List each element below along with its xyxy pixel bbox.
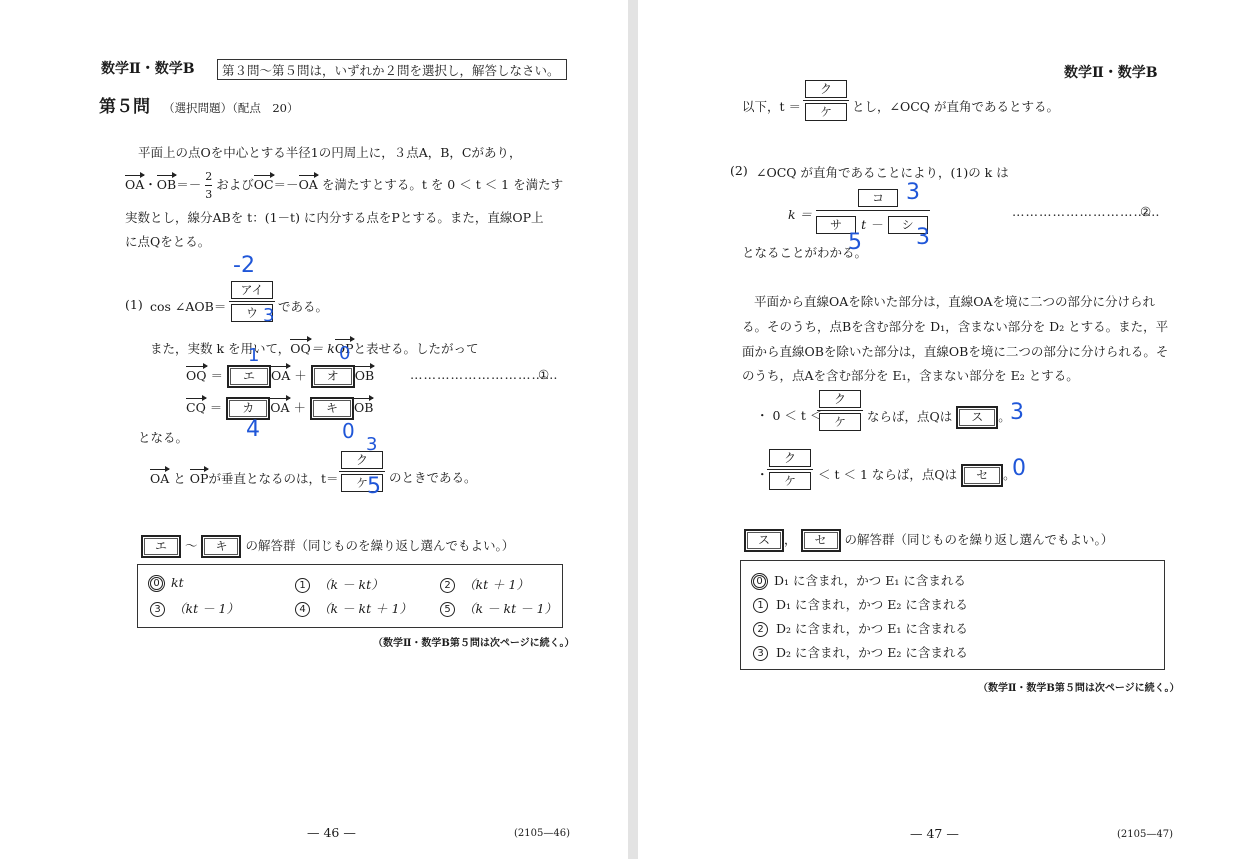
region-choice-0[interactable]: 0D₁ に含まれ，かつ E₁ に含まれる [753,571,966,589]
equation-1: OQ ＝ エOA ＋ オOB [186,365,374,388]
vector-ob-eq1: OB [355,365,374,383]
answer-box-ai[interactable]: アイ [231,281,273,299]
choice-2[interactable]: 2（kt ＋ 1） [440,575,529,593]
box-label-ka: カ [229,400,267,417]
and-text: および [216,177,254,192]
bullet1-box-ke: ケ [819,413,861,431]
naru-text: となる。 [138,428,188,446]
choice-number-3: 3 [150,602,165,617]
perp-and: と [173,471,186,486]
choice-number-5: 5 [440,602,455,617]
intro-line-4: に点Qをとる。 [125,232,210,250]
vector-oa-perp: OA [150,468,169,486]
selection-notice: 第３問～第５問は，いずれか２問を選択し，解答しなさい。 [217,59,567,80]
handwritten-u: 3 [263,305,274,326]
choice-expr-5: （k － kt － 1） [463,601,557,616]
plus-sign: ＋ [294,368,307,383]
answer-box-ki[interactable]: キ [310,397,354,420]
choice-expr-3: （kt － 1） [173,601,239,616]
handwritten-su: 3 [1010,400,1024,425]
part2-text: ∠OCQ が直角であることにより，(1)の k は [756,163,1009,181]
region-choice-1[interactable]: 1D₁ に含まれ，かつ E₂ に含まれる [753,595,968,613]
handwritten-shi: 3 [916,225,930,250]
k-equals: k ＝ [788,205,812,223]
page-code: (2105—46) [514,828,570,839]
bullet1-pre: ・ 0 ＜ t ＜ [756,406,822,424]
page-47: 数学Ⅱ・数学B 以下，t ＝ ク ケ とし，∠OCQ が直角であるとする。 (2… [638,0,1247,859]
t-definition-pre: 以下，t ＝ [742,97,801,115]
paragraph-line-2: る。そのうち，点Bを含む部分を D₁，含まない部分を D₂ とする。また，平 [742,317,1168,335]
choices-header-text-right: の解答群（同じものを繰り返し選んでもよい。） [844,532,1113,547]
header-box-su: ス [744,529,784,552]
intro-line-2: OA・OB＝－ 23 およびOC＝－OA を満たすとする。t を 0 ＜ t ＜… [125,170,563,201]
fraction-two-thirds: 23 [205,170,212,201]
bullet1-text: ならば，点Qは [867,409,952,424]
continued-note: （数学Ⅱ・数学B第５問は次ページに続く。） [373,634,574,649]
intro-line-1: 平面上の点Oを中心とする半径1の円周上に，３点A，B，Cがあり， [138,143,521,161]
k-line: また，実数 k を用いて，OQ＝ kOPと表せる。したがって [150,338,479,357]
equation-mark-1: ① [538,367,549,382]
bullet2-box-ku: ク [769,449,811,467]
k-line-text: また，実数 k を用いて， [150,341,290,356]
region-choice-2[interactable]: 2D₂ に含まれ，かつ E₁ に含まれる [753,619,968,637]
vector-op-perp: OP [190,468,209,486]
cos-text: cos ∠AOB＝ [150,297,226,315]
handwritten-ko: 3 [906,180,920,205]
equation-cq: CQ ＝ カOA ＋ キOB [186,397,373,420]
handwritten-ke: 5 [367,474,381,499]
region-choice-number-3: 3 [753,646,768,661]
vector-oc: OC [254,174,274,192]
header-box-se-label: セ [804,532,838,549]
denominator: 3 [205,188,212,201]
t-definition-tail: とし，∠OCQ が直角であるとする。 [852,97,1059,115]
box-label-se: セ [964,467,1000,484]
paragraph-line-1: 平面から直線OAを除いた部分は，直線OAを境に二つの部分に分けられ [754,292,1155,310]
leader-dots-2: …………………………… [1012,204,1161,219]
bullet1-fraction: ク ケ [817,390,863,431]
vector-oq: OQ [290,338,311,356]
header-box-e-label: エ [144,538,178,555]
page-number: — 46 — [307,825,356,840]
perp-text: が垂直となるのは，t＝ [208,471,338,486]
numerator: 2 [205,170,212,183]
vector-oa-2: OA [299,174,318,192]
question-header: 第５問 （選択問題）（配点 20） [99,92,298,117]
answer-box-su[interactable]: ス [956,406,998,429]
choice-expr-2: （kt ＋ 1） [463,577,529,592]
choice-expr-1: （k － kt） [318,577,384,592]
box-label-su: ス [959,409,995,426]
region-choice-number-1: 1 [753,598,768,613]
subject-heading-right: 数学Ⅱ・数学B [1064,62,1158,82]
header-box-e: エ [141,535,181,558]
choices-header-left: エ ～ キ の解答群（同じものを繰り返し選んでもよい。） [141,535,514,558]
header-box-su-label: ス [747,532,781,549]
bullet1-box-ku: ク [819,390,861,408]
handwritten-ai: -2 [233,253,255,278]
paragraph-line-4: のうち，点Aを含む部分を E₁，含まない部分を E₂ とする。 [742,366,1079,384]
choice-1[interactable]: 1（k － kt） [295,575,384,593]
handwritten-se: 0 [1012,456,1026,481]
intro-line-3: 実数とし，線分ABを t：(1－t) に内分する点をPとする。また，直線OP上 [125,208,543,226]
ref-box-ke: ケ [805,103,847,121]
region-choice-text-0: D₁ に含まれ，かつ E₁ に含まれる [774,573,966,588]
choices-box-left: 0kt 1（k － kt） 2（kt ＋ 1） 3（kt － 1） 4（k － … [137,564,563,628]
cos-tail: である。 [278,297,328,315]
question-type: （選択問題）（配点 20） [163,101,298,115]
paragraph-line-3: 面から直線OBを除いた部分は，直線OBを境に二つの部分に分けられる。そ [742,342,1168,360]
choice-expr-0: kt [171,575,184,590]
choice-0[interactable]: 0kt [150,575,184,590]
answer-box-se[interactable]: セ [961,464,1003,487]
choice-5[interactable]: 5（k － kt － 1） [440,599,557,617]
subject-heading: 数学Ⅱ・数学B [101,58,195,78]
equals-k: ＝ k [311,341,335,356]
handwritten-o: 0 [339,343,350,364]
perp-tail: のときである。 [389,468,477,486]
bullet1-end: 。 [998,409,1011,424]
page-number-right: — 47 — [910,826,959,841]
header-box-ki-label: キ [204,538,238,555]
vector-oa: OA [125,174,144,192]
choice-number-0: 0 [150,577,163,590]
handwritten-ki: 0 [342,419,355,443]
part2-label: (2) [730,163,748,178]
perpendicular-line: OA と OPが垂直となるのは，t＝ [150,468,338,487]
bullet2-box-ke: ケ [769,472,811,490]
handwritten-ka: 4 [246,417,260,442]
plus-sign-2: ＋ [294,400,307,415]
t-minus: t － [861,217,883,232]
header-box-se: セ [801,529,841,552]
page-46: 数学Ⅱ・数学B 第３問～第５問は，いずれか２問を選択し，解答しなさい。 第５問 … [0,0,628,859]
region-choice-text-1: D₁ に含まれ，かつ E₂ に含まれる [776,597,968,612]
answer-box-ko[interactable]: コ [858,189,898,207]
choice-3[interactable]: 3（kt － 1） [150,599,239,617]
intro-tail: を満たすとする。t を 0 ＜ t ＜ 1 を満たす [322,177,563,192]
k-line-tail: と表せる。したがって [354,341,479,356]
choice-number-2: 2 [440,578,455,593]
box-label-e: エ [230,368,268,385]
equation-mark-2: ② [1140,204,1151,219]
bullet2-mid: ＜ t ＜ 1 ならば，点Qは セ。 [818,464,1016,487]
vector-oq-lhs: OQ [186,365,207,383]
handwritten-sa: 5 [848,230,862,255]
ref-box-ku: ク [805,80,847,98]
box-label-o: オ [314,368,352,385]
region-choice-text-2: D₂ に含まれ，かつ E₁ に含まれる [776,621,968,636]
region-choice-3[interactable]: 3D₂ に含まれ，かつ E₂ に含まれる [753,643,968,661]
part1-label: (1) [125,297,143,312]
equals-minus: ＝－ [176,177,201,192]
choices-header-text: の解答群（同じものを繰り返し選んでもよい。） [245,538,514,553]
bullet2-fraction: ク ケ [767,449,813,490]
t-definition-fraction: ク ケ [803,80,849,121]
choices-header-right: ス， セ の解答群（同じものを繰り返し選んでもよい。） [744,529,1113,552]
comma: ， [784,532,797,547]
box-label-ki: キ [313,400,351,417]
page-code-right: (2105—47) [1117,829,1173,840]
question-title: 第５問 [99,97,150,117]
choice-expr-4: （k － kt ＋ 1） [318,601,412,616]
bullet2-text: ＜ t ＜ 1 ならば，点Qは [818,467,957,482]
header-box-ki: キ [201,535,241,558]
region-choice-number-0: 0 [753,575,766,588]
handwritten-e: 1 [248,345,259,366]
vector-oa-eq1: OA [271,365,290,383]
answer-box-e[interactable]: エ [227,365,271,388]
vector-ob-eq2: OB [354,397,373,415]
choice-4[interactable]: 4（k － kt ＋ 1） [295,599,412,617]
handwritten-ku: 3 [366,434,377,455]
bullet1-mid: ならば，点Qは ス。 [867,406,1011,429]
choice-number-1: 1 [295,578,310,593]
vector-ob: OB [157,174,176,192]
region-choice-text-3: D₂ に含まれ，かつ E₂ に含まれる [776,645,968,660]
choices-box-right: 0D₁ に含まれ，かつ E₁ に含まれる 1D₁ に含まれ，かつ E₂ に含まれ… [740,560,1165,670]
region-choice-number-2: 2 [753,622,768,637]
choice-number-4: 4 [295,602,310,617]
vector-cq-lhs: CQ [186,397,206,415]
dot-operator: ・ [144,177,157,192]
answer-box-o[interactable]: オ [311,365,355,388]
continued-note-right: （数学Ⅱ・数学B第５問は次ページに続く。） [978,679,1179,694]
leader-dots-1: …………………………… [410,367,559,382]
vector-oa-eq2: OA [270,397,289,415]
tilde: ～ [185,538,198,553]
equals-minus-2: ＝－ [274,177,299,192]
